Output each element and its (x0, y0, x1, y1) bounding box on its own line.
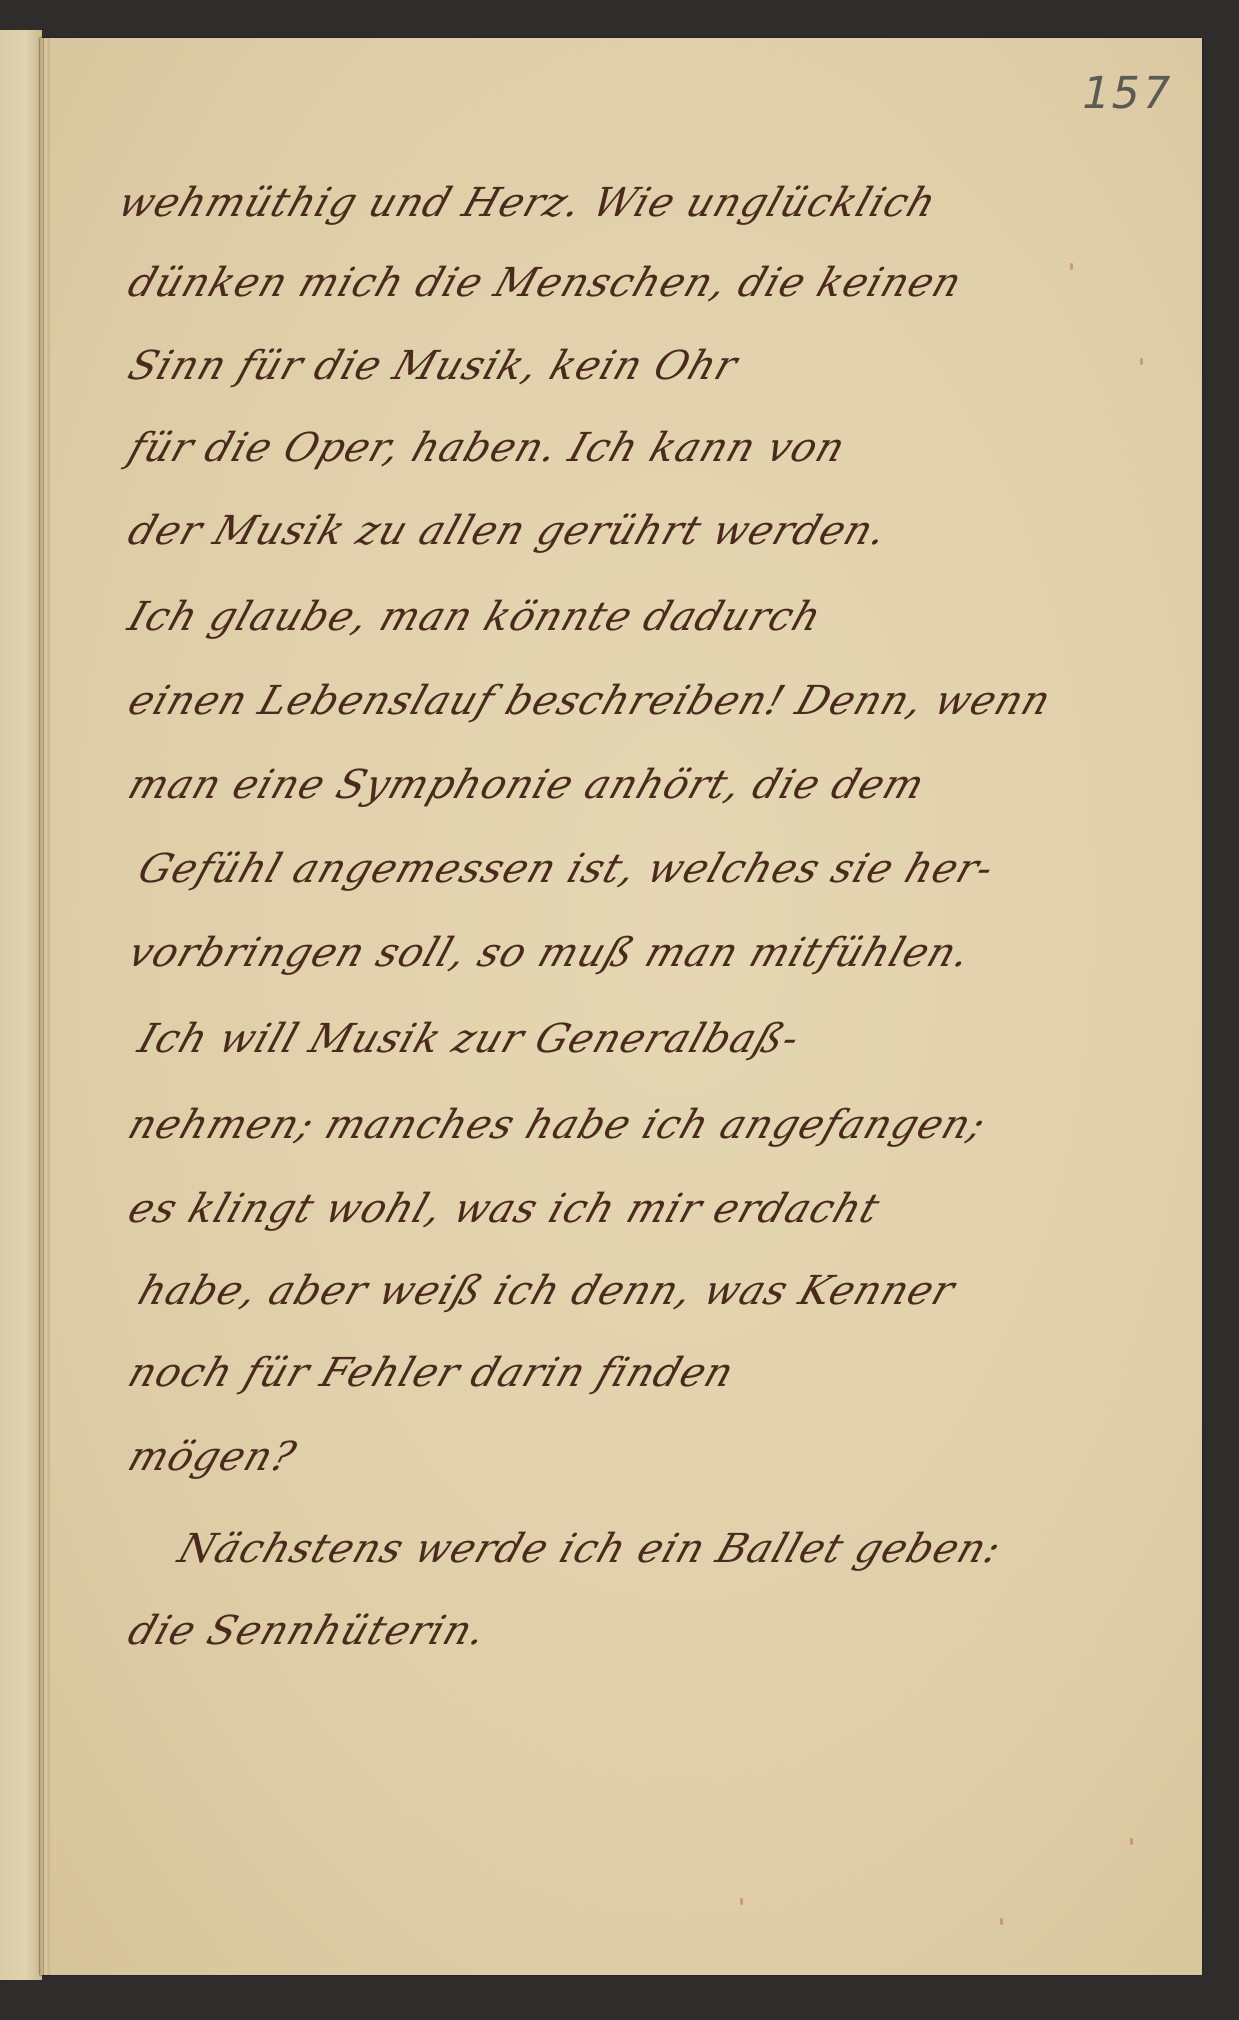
paper-speck (1140, 358, 1143, 365)
text-line: Sinn für die Musik, kein Ohr (123, 343, 744, 389)
paper-speck (740, 1898, 743, 1905)
text-line: mögen? (123, 1434, 302, 1480)
manuscript-page: 157 wehmüthig und Herz. Wie unglücklich … (40, 38, 1202, 1975)
text-line: die Sennhüterin. (123, 1608, 493, 1654)
text-line: nehmen; manches habe ich angefangen; (123, 1102, 992, 1148)
text-line: habe, aber weiß ich denn, was Kenner (133, 1268, 961, 1314)
text-line: dünken mich die Menschen, die keinen (123, 260, 968, 306)
text-line: Nächstens werde ich ein Ballet geben: (173, 1526, 1008, 1572)
text-line: es klingt wohl, was ich mir erdacht (123, 1186, 886, 1232)
paper-speck (1130, 1838, 1133, 1845)
text-line: Ich glaube, man könnte dadurch (123, 594, 828, 640)
paper-speck (1070, 263, 1073, 270)
text-line: man eine Symphonie anhört, die dem (123, 762, 931, 808)
text-line: der Musik zu allen gerührt werden. (123, 508, 894, 554)
text-line: für die Oper, haben. Ich kann von (123, 425, 852, 471)
text-line: einen Lebenslauf beschreiben! Denn, wenn (123, 678, 1058, 724)
text-line: noch für Fehler darin finden (123, 1350, 741, 1396)
text-line: wehmüthig und Herz. Wie unglücklich (113, 180, 943, 226)
paper-speck (1000, 1918, 1003, 1925)
folio-number: 157 (1077, 68, 1178, 119)
adjacent-leaf-edge (0, 30, 42, 1980)
text-line: vorbringen soll, so muß man mitfühlen. (123, 930, 977, 976)
text-line: Gefühl angemessen ist, welches sie her- (133, 846, 1000, 892)
binding-gutter (40, 38, 50, 1975)
text-line: Ich will Musik zur Generalbaß- (133, 1016, 806, 1062)
